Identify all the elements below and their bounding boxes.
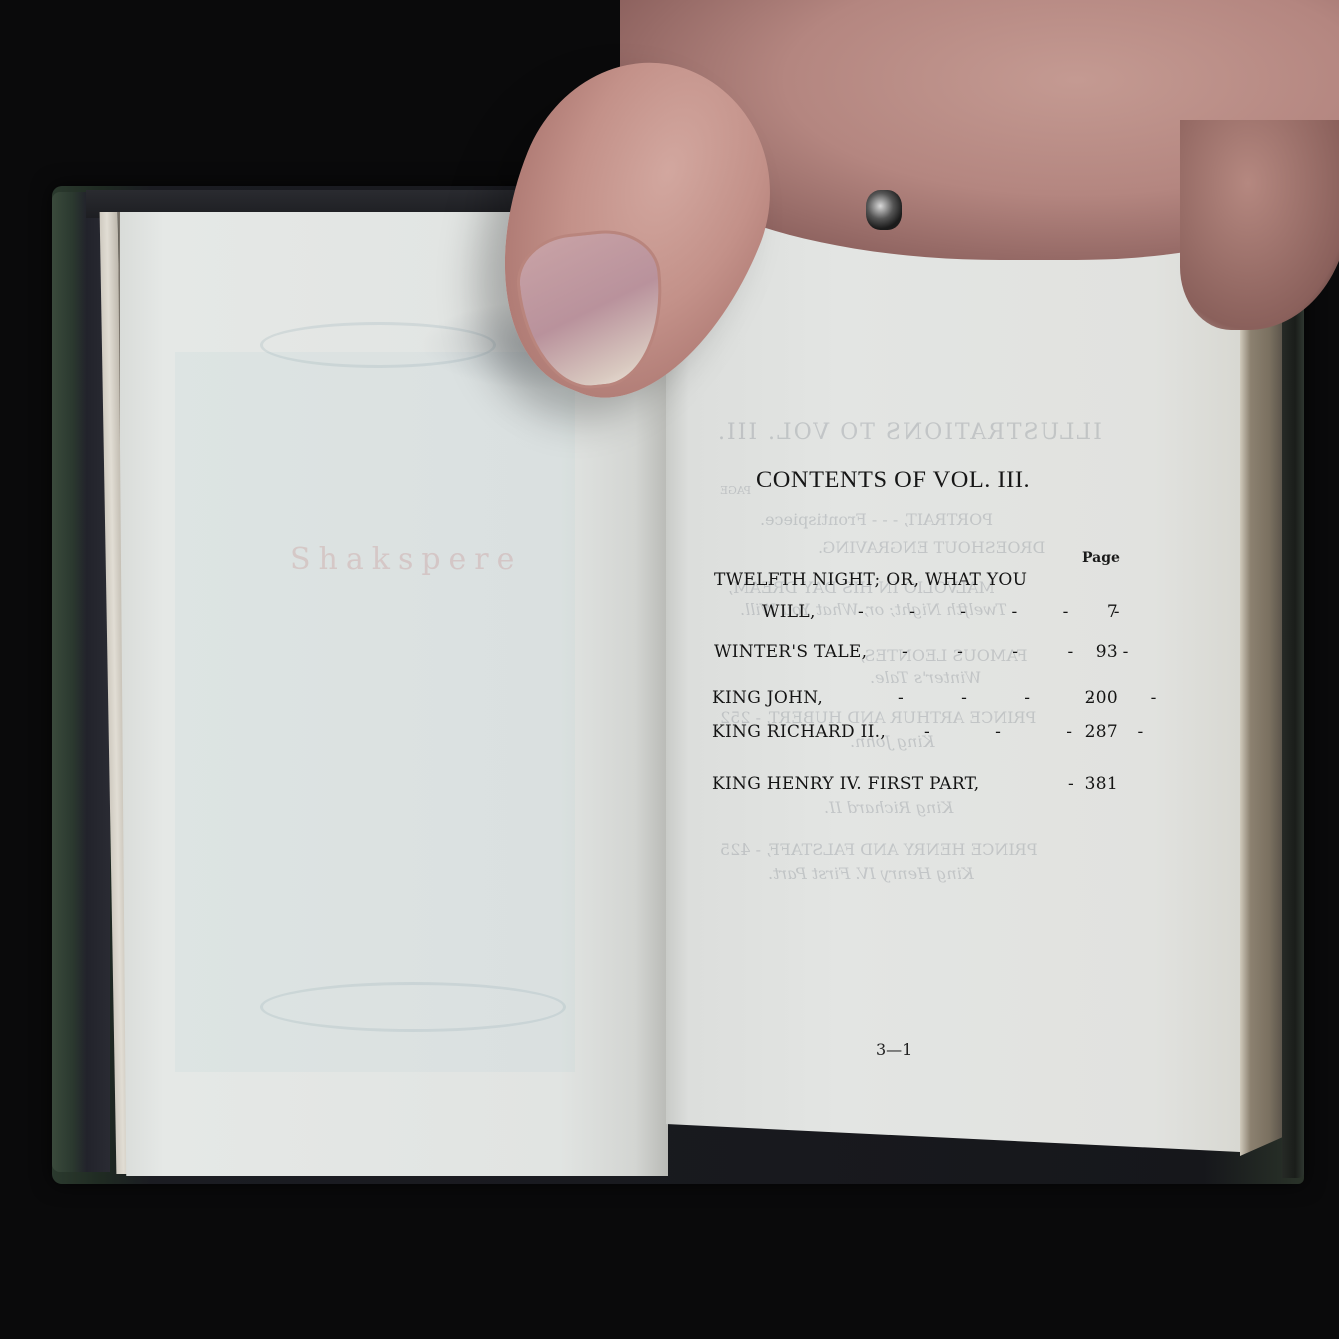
contents-heading: CONTENTS OF VOL. III.	[756, 467, 1030, 493]
toc-entry-title: KING HENRY IV. FIRST PART,	[712, 774, 980, 794]
signature-mark: 3—1	[876, 1040, 912, 1059]
ghost-ornament-bottom	[260, 982, 566, 1032]
toc-entry-title: TWELFTH NIGHT; OR, WHAT YOU	[714, 570, 1027, 590]
bleed-line: PRINCE HENRY AND FALSTAFF, - 425	[720, 840, 1038, 859]
bleed-line: PORTRAIT, - - - Frontispiece.	[760, 510, 993, 529]
toc-page-number: 93	[1096, 642, 1118, 662]
toc-leaders: - - - -	[924, 722, 1173, 742]
bleed-page-label: PAGE	[720, 484, 751, 497]
toc-page-number: 7	[1107, 602, 1118, 622]
toc-page-number: 287	[1085, 722, 1118, 742]
toc-page-number: 200	[1085, 688, 1118, 708]
toc-leaders: -	[1068, 774, 1074, 794]
book-cover-right-edge	[1282, 232, 1304, 1178]
bleed-line: Winter's Tale.	[870, 668, 981, 687]
toc-entry: TWELFTH NIGHT; OR, WHAT YOU	[712, 570, 1118, 596]
toc-entry: KING RICHARD II., - - - - 287	[712, 722, 1118, 748]
toc-page-number: 381	[1085, 774, 1118, 794]
hand-fingers-right	[1180, 120, 1339, 330]
toc-entry: WINTER'S TALE, - - - - - 93	[712, 642, 1118, 668]
page-column-label: Page	[1082, 550, 1120, 566]
toc-entry: KING JOHN, - - - - - 200	[712, 688, 1118, 714]
bleed-heading: ILLUSTRATIONS TO VOL. III.	[716, 420, 1102, 445]
ring	[866, 190, 902, 230]
toc-entry-title: KING RICHARD II.,	[712, 722, 886, 742]
photo-scene: Shakspere ILLUSTRATIONS TO VOL. III. PAG…	[0, 0, 1339, 1339]
toc-entry-continuation: WILL, - - - - - - 7	[712, 602, 1118, 628]
bleed-line: King Henry IV. First Part.	[768, 864, 974, 883]
toc-leaders: - - - - - -	[858, 602, 1139, 622]
page-block-edge	[1240, 226, 1282, 1156]
ghost-title-text: Shakspere	[290, 542, 522, 577]
toc-entry-title: WILL,	[762, 602, 816, 622]
bleed-line: King Richard II.	[824, 798, 953, 817]
toc-entry: KING HENRY IV. FIRST PART, - 381	[712, 774, 1118, 800]
ghost-title-frame	[175, 352, 575, 1072]
toc-entry-title: WINTER'S TALE,	[714, 642, 867, 662]
toc-entry-title: KING JOHN,	[712, 688, 823, 708]
toc-leaders: - - - - -	[898, 688, 1182, 708]
bleed-line: DROESHOUT ENGRAVING.	[818, 538, 1045, 557]
